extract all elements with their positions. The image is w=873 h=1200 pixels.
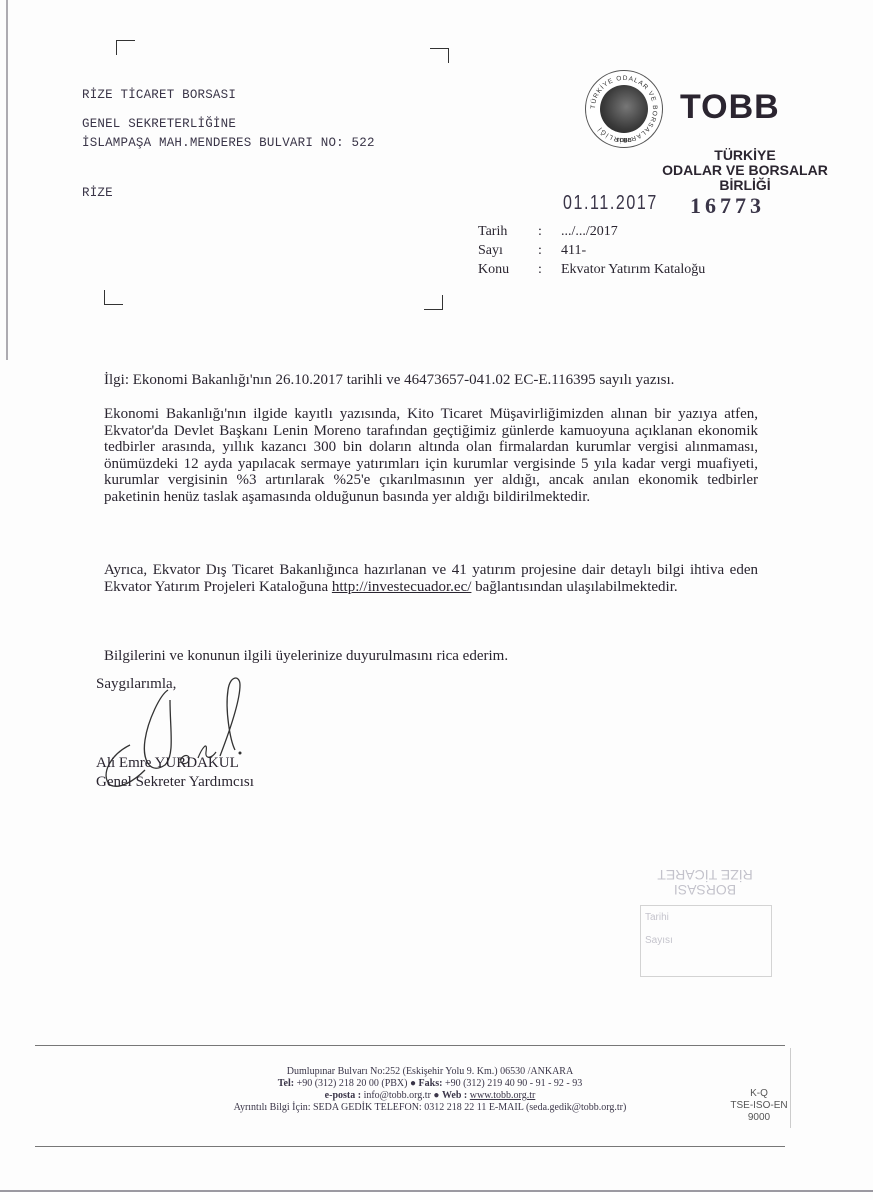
document-meta: Tarih : .../.../2017 Sayı : 411- Konu : … <box>478 222 705 279</box>
receipt-stamp: BORSASI RİZE TİCARET Tarihi Sayısı <box>630 855 780 1035</box>
org-line: TÜRKİYE <box>630 148 860 163</box>
iso-certification: K-Q TSE-ISO-EN 9000 <box>724 1088 794 1124</box>
signer-block: Ali Emre YURDAKUL Genel Sekreter Yardımc… <box>96 754 254 792</box>
address-window-corner <box>430 48 449 63</box>
meta-date: Tarih : .../.../2017 <box>478 222 705 241</box>
cert-line: K-Q <box>724 1088 794 1100</box>
seal-emblem-icon <box>600 85 648 133</box>
tel-label: Tel: <box>278 1078 294 1089</box>
stamp-date-label: Tarihi <box>641 906 771 929</box>
footer-divider <box>35 1146 785 1147</box>
bullet-icon: ● <box>433 1090 439 1101</box>
meta-value: Ekvator Yatırım Kataloğu <box>561 260 705 279</box>
web-link[interactable]: www.tobb.org.tr <box>470 1090 536 1101</box>
reference-line: İlgi: Ekonomi Bakanlığı'nın 26.10.2017 t… <box>104 372 758 389</box>
footer-contact: Ayrıntılı Bilgi İçin: SEDA GEDİK TELEFON… <box>185 1102 675 1114</box>
receipt-stamp-title: BORSASI RİZE TİCARET <box>640 867 770 897</box>
recipient-department: GENEL SEKRETERLİĞİNE <box>82 117 236 131</box>
stamp-line: RİZE TİCARET <box>640 867 770 882</box>
recipient-address: İSLAMPAŞA MAH.MENDERES BULVARI NO: 522 <box>82 136 375 150</box>
receipt-stamp-frame: Tarihi Sayısı <box>640 905 772 977</box>
scan-edge <box>6 0 8 360</box>
meta-number: Sayı : 411- <box>478 241 705 260</box>
fax-value: +90 (312) 219 40 90 - 91 - 92 - 93 <box>445 1078 582 1089</box>
meta-label: Sayı <box>478 241 538 260</box>
meta-separator: : <box>538 260 561 279</box>
investecuador-link[interactable]: http://investecuador.ec/ <box>332 579 472 595</box>
address-window-corner <box>424 295 443 310</box>
signer-title: Genel Sekreter Yardımcısı <box>96 773 254 792</box>
meta-label: Konu <box>478 260 538 279</box>
email-value[interactable]: info@tobb.org.tr <box>364 1090 431 1101</box>
svg-text:TOBB: TOBB <box>616 138 632 144</box>
meta-subject: Konu : Ekvator Yatırım Kataloğu <box>478 260 705 279</box>
meta-separator: : <box>538 222 561 241</box>
address-window-corner <box>104 290 123 305</box>
brand-name: TOBB <box>680 88 780 127</box>
footer-phone-line: Tel: +90 (312) 218 20 00 (PBX) ● Faks: +… <box>185 1078 675 1090</box>
registry-number-stamp: 16773 <box>690 193 765 219</box>
scan-edge <box>0 1190 873 1192</box>
signer-name: Ali Emre YURDAKUL <box>96 754 254 773</box>
bullet-icon: ● <box>410 1078 416 1089</box>
paragraph-text: bağlantısından ulaşılabilmektedir. <box>471 579 677 595</box>
org-line: ODALAR VE BORSALAR <box>630 163 860 178</box>
received-date-stamp: 01.11.2017 <box>563 192 658 215</box>
letter-page: RİZE TİCARET BORSASI GENEL SEKRETERLİĞİN… <box>0 0 873 1200</box>
body-paragraph-1: Ekonomi Bakanlığı'nın ilgide kayıtlı yaz… <box>104 406 758 505</box>
organization-name: TÜRKİYE ODALAR VE BORSALAR BİRLİĞİ <box>630 148 860 193</box>
email-label: e-posta : <box>325 1090 361 1101</box>
recipient-name: RİZE TİCARET BORSASI <box>82 88 236 102</box>
recipient-city: RİZE <box>82 186 113 200</box>
org-line: BİRLİĞİ <box>630 178 860 193</box>
meta-value: 411- <box>561 241 586 260</box>
meta-separator: : <box>538 241 561 260</box>
meta-label: Tarih <box>478 222 538 241</box>
footer-divider <box>35 1045 785 1046</box>
letter-footer: Dumlupınar Bulvarı No:252 (Eskişehir Yol… <box>185 1066 675 1114</box>
address-window-corner <box>116 40 135 55</box>
meta-value: .../.../2017 <box>561 222 618 241</box>
footer-address: Dumlupınar Bulvarı No:252 (Eskişehir Yol… <box>185 1066 675 1078</box>
fax-label: Faks: <box>419 1078 443 1089</box>
footer-web-line: e-posta : info@tobb.org.tr ● Web : www.t… <box>185 1090 675 1102</box>
web-label: Web : <box>442 1090 467 1101</box>
stamp-number-label: Sayısı <box>641 929 771 952</box>
tobb-seal-logo: TÜRKİYE ODALAR VE BORSALAR BİRLİĞİ TOBB <box>585 70 663 148</box>
cert-line: 9000 <box>724 1112 794 1124</box>
cert-line: TSE-ISO-EN <box>724 1100 794 1112</box>
tel-value: +90 (312) 218 20 00 (PBX) <box>297 1078 408 1089</box>
body-paragraph-2: Ayrıca, Ekvator Dış Ticaret Bakanlığınca… <box>104 562 758 595</box>
stamp-line: BORSASI <box>640 882 770 897</box>
